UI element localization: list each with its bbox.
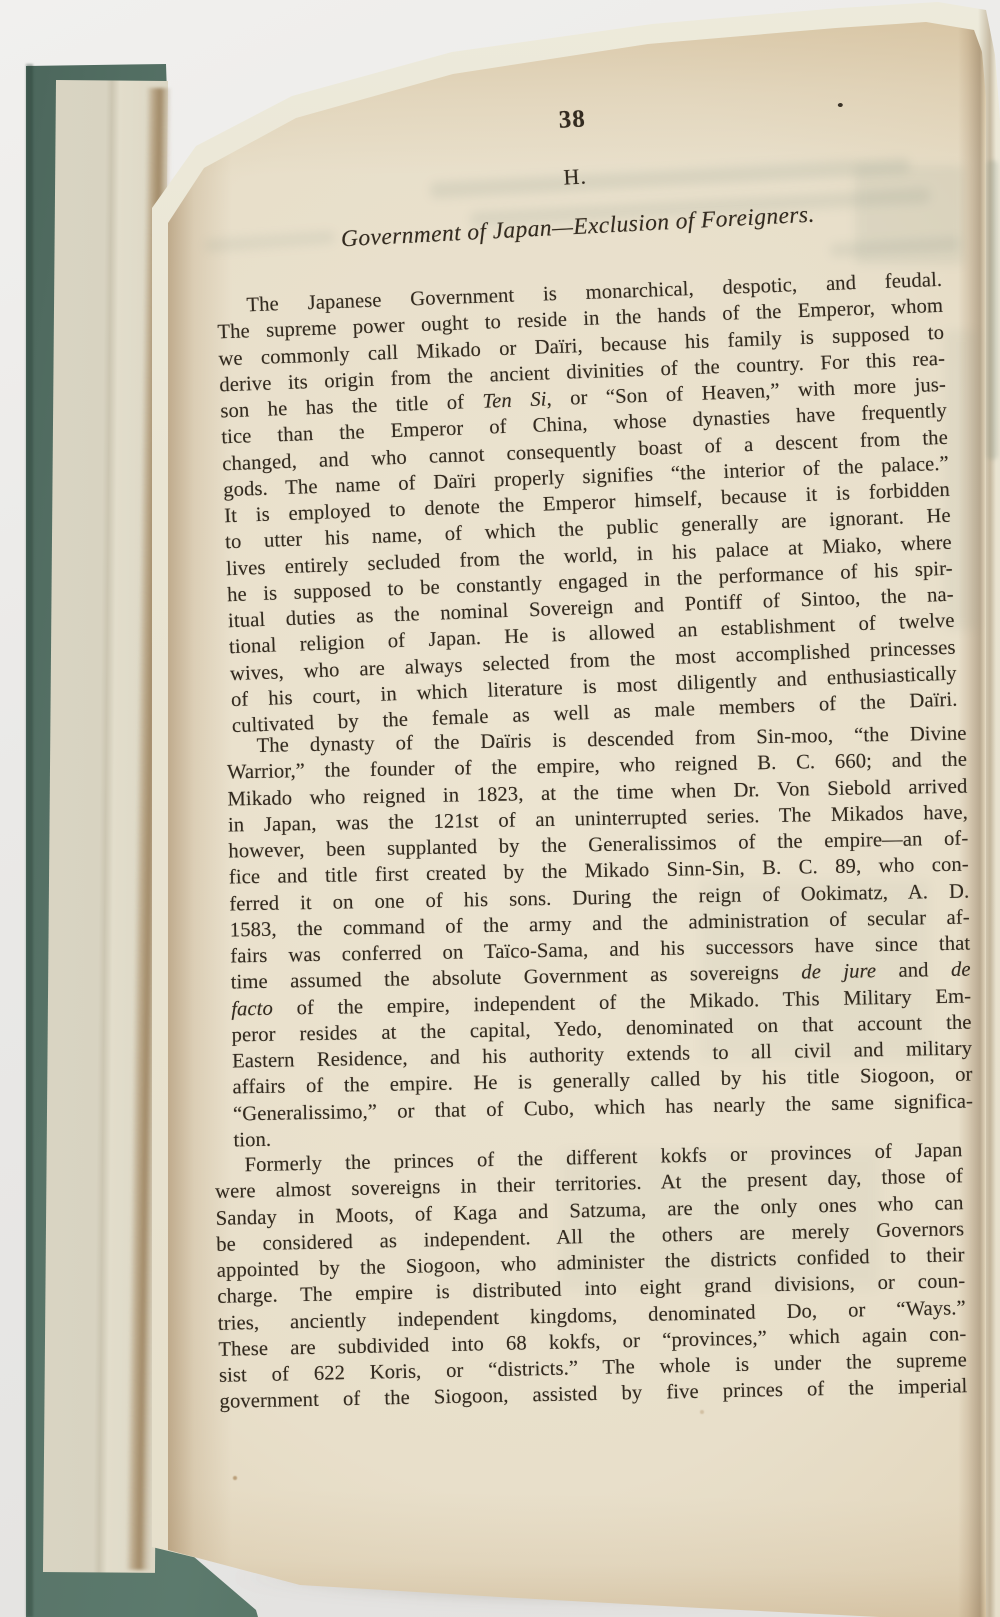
body-paragraph: The Japanese Government is monarchical, …	[216, 267, 958, 740]
bleed-through-mark	[987, 160, 998, 460]
body-paragraph: Formerly the princes of the different ko…	[214, 1137, 967, 1415]
body-paragraph: The dynasty of the Daïris is descended f…	[226, 721, 973, 1154]
book-photo-scene: 38 H. Government of Japan—Exclusion of F…	[0, 0, 1000, 1617]
foxing-speck	[700, 1410, 704, 1414]
book-cover-edge	[26, 64, 33, 1617]
foxing-speck	[233, 1476, 237, 1480]
